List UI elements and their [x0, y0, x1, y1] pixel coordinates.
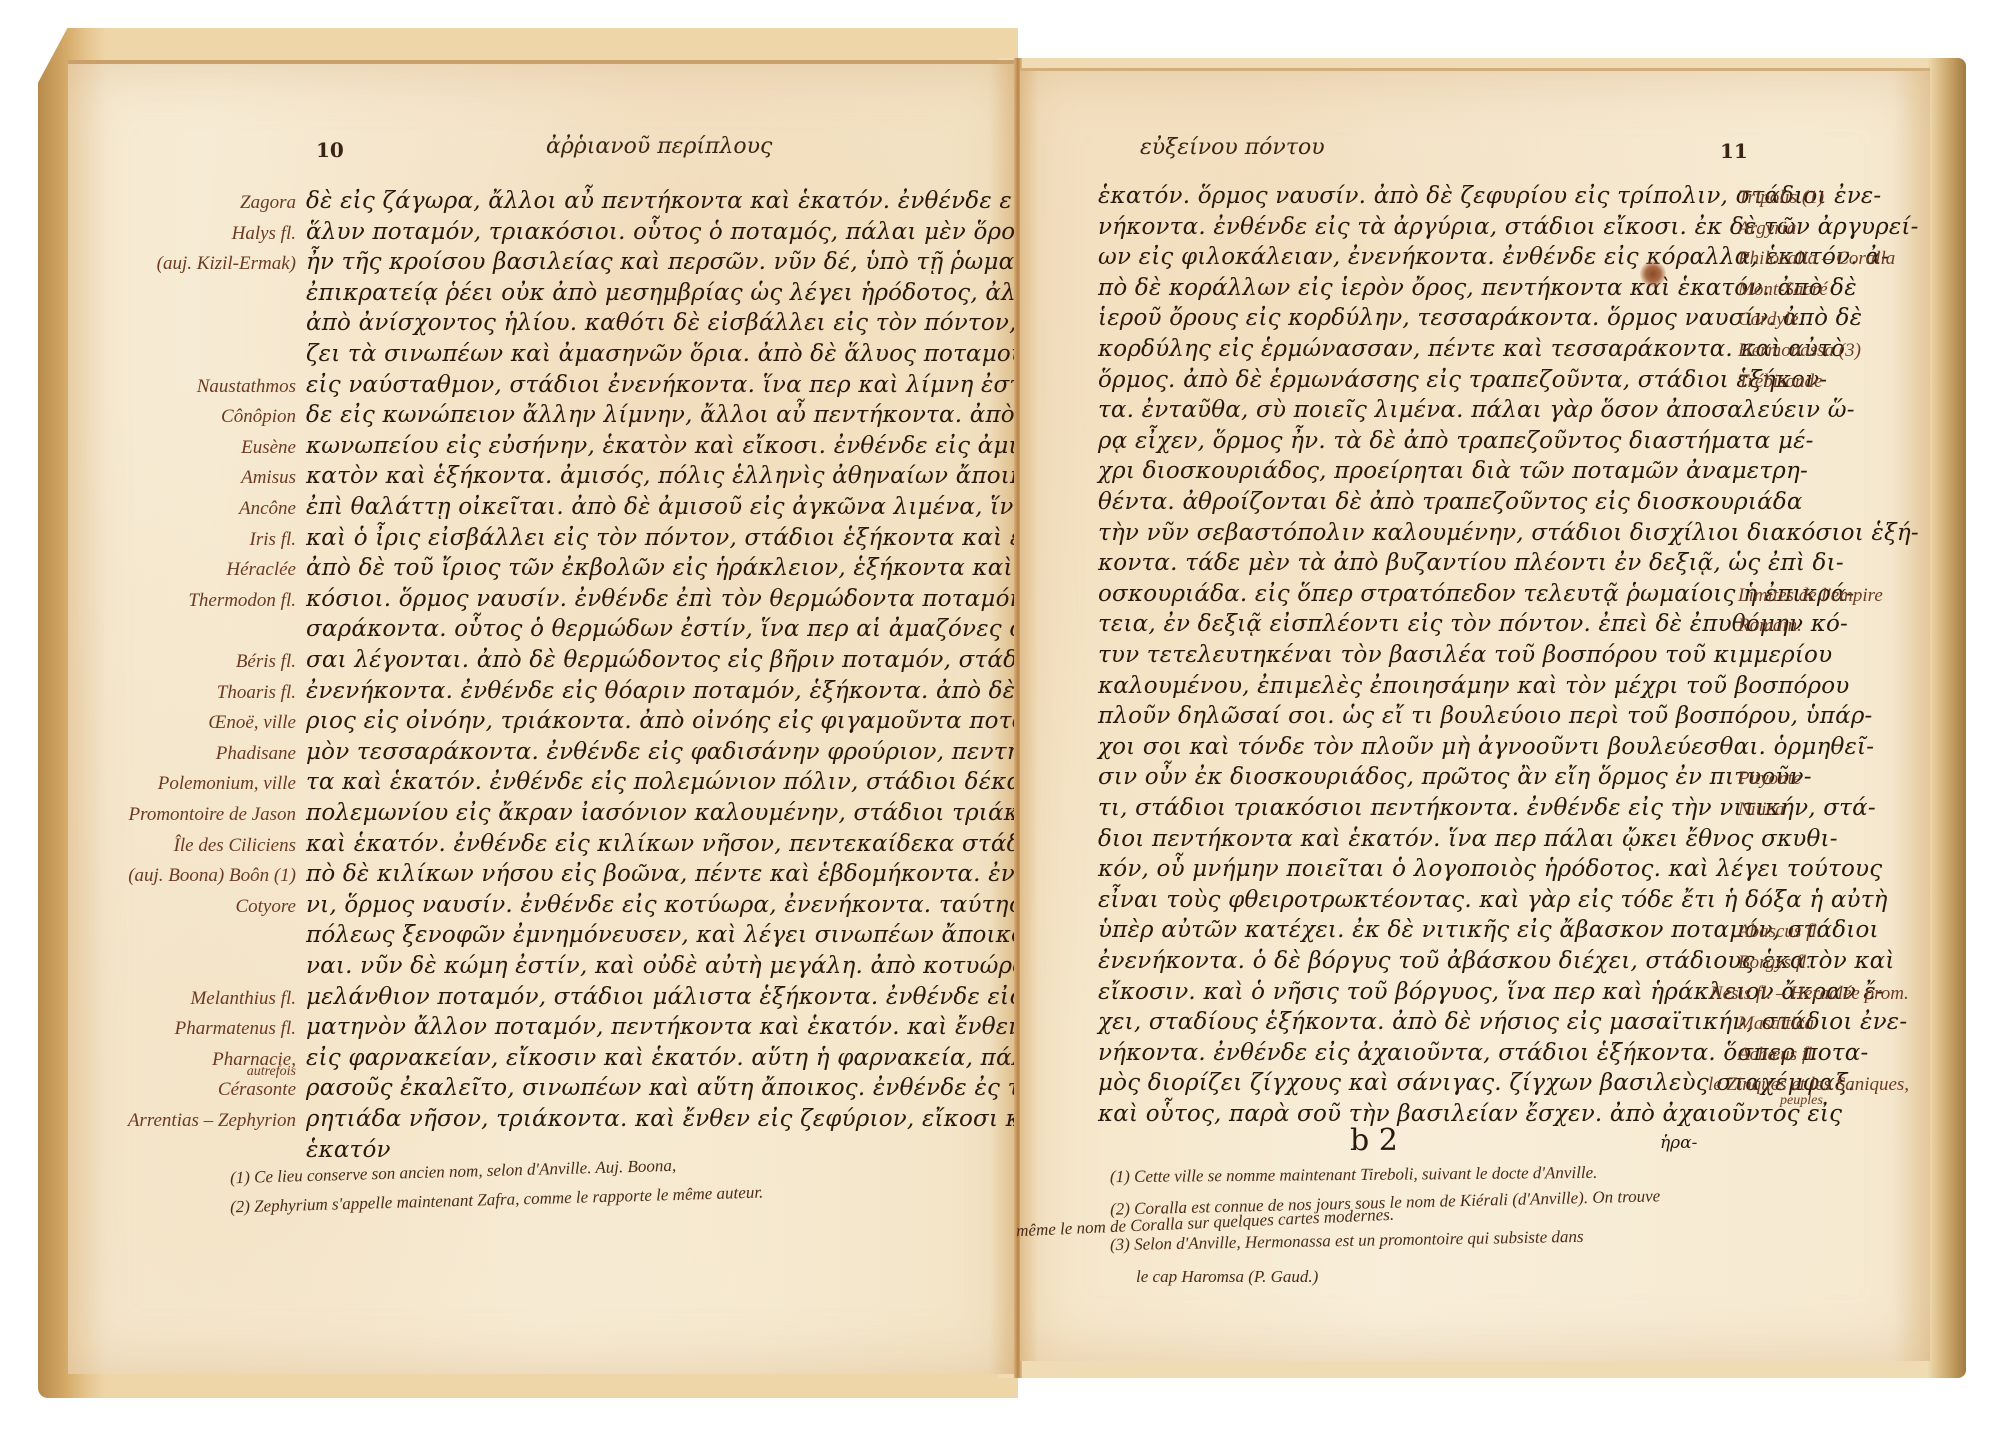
- text-line: σαι λέγονται. ἀπὸ δὲ θερμώδοντος εἰς βῆρ…: [306, 647, 1050, 673]
- text-line: καὶ ἑκατόν. ἐνθένδε εἰς κιλίκων νῆσον, π…: [306, 831, 1092, 857]
- open-manuscript-book: 10 ἀῤῥιανοῦ περίπλους δὲ εἰς ζάγωρα, ἄλλ…: [38, 28, 1966, 1388]
- text-line: κατὸν καὶ ἑξήκοντα. ἀμισός, πόλις ἑλληνὶ…: [306, 463, 1060, 489]
- text-line: ἀπὸ ἀνίσχοντος ἡλίου. καθότι δὲ εἰσβάλλε…: [306, 310, 1069, 336]
- text-line: δε εἰς κωνώπειον ἄλλην λίμνην, ἄλλοι αὖ …: [306, 402, 1049, 428]
- text-line: καλουμένου, ἐπιμελὲς ἐποιησάμην καὶ τὸν …: [1098, 673, 1850, 699]
- text-line: κόσιοι. ὅρμος ναυσίν. ἐνθένδε ἐπὶ τὸν θε…: [306, 586, 1088, 612]
- signature-mark: b 2: [1350, 1123, 1398, 1158]
- margin-note: Cônôpion: [221, 406, 296, 428]
- text-line: ριος εἰς οἰνόην, τριάκοντα. ἀπὸ οἰνόης ε…: [306, 708, 1035, 734]
- margin-note: Philocalia – Coralla: [1738, 248, 1895, 270]
- text-line: μὸν τεσσαράκοντα. ἐνθένδε εἰς φαδισάνην …: [306, 739, 1072, 765]
- text-line: πλοῦν δηλῶσαί σοι. ὡς εἴ τι βουλεύοιο πε…: [1098, 703, 1873, 729]
- left-page: 10 ἀῤῥιανοῦ περίπλους δὲ εἰς ζάγωρα, ἄλλ…: [68, 60, 1018, 1374]
- text-line: νι, ὅρμος ναυσίν. ἐνθένδε εἰς κοτύωρα, ἐ…: [306, 892, 1069, 918]
- margin-note: Trébisonde: [1738, 371, 1822, 393]
- margin-note: Abascus fl.: [1738, 921, 1821, 943]
- margin-note: Nitica: [1738, 799, 1784, 821]
- text-line: ὅρμος. ἀπὸ δὲ ἑρμωνάσσης εἰς τραπεζοῦντα…: [1098, 367, 1827, 393]
- text-line: ρᾳ εἶχεν, ὅρμος ἦν. τὰ δὲ ἀπὸ τραπεζοῦντ…: [1098, 428, 1814, 454]
- text-line: πὸ δὲ κιλίκων νήσου εἰς βοῶνα, πέντε καὶ…: [306, 861, 1077, 887]
- text-line: τυν τετελευτηκέναι τὸν βασιλέα τοῦ βοσπό…: [1098, 642, 1832, 668]
- margin-note: Achæus fl.: [1738, 1044, 1817, 1066]
- text-line: καὶ ὁ ἶρις εἰσβάλλει εἰς τὸν πόντον, στά…: [306, 525, 1102, 551]
- footnote: (1) Ce lieu conserve son ancien nom, sel…: [230, 1156, 677, 1188]
- margin-note: Pityonte: [1738, 768, 1801, 790]
- catchword: ἡρα-: [1660, 1133, 1697, 1153]
- text-line: ρασοῦς ἐκαλεῖτο, σινωπέων καὶ αὕτη ἄποικ…: [306, 1075, 1094, 1101]
- text-line: ἐπὶ θαλάττῃ οἰκεῖται. ἀπὸ δὲ ἀμισοῦ εἰς …: [306, 494, 1078, 520]
- text-line: εἰς ναύσταθμον, στάδιοι ἐνενήκοντα. ἵνα …: [306, 372, 1136, 398]
- margin-note: Argyria: [1738, 218, 1796, 240]
- text-line: τα. ἐνταῦθα, σὺ ποιεῖς λιμένα. πάλαι γὰρ…: [1098, 397, 1855, 423]
- margin-note: Mont-Sacré: [1738, 279, 1828, 301]
- margin-note: Iris fl.: [250, 529, 296, 551]
- text-line: ἐνενήκοντα. ἐνθένδε εἰς θόαριν ποταμόν, …: [306, 678, 1075, 704]
- text-line: εἶναι τοὺς φθειροτρωκτέοντας. καὶ γὰρ εἰ…: [1098, 887, 1888, 913]
- margin-note: autrefois: [247, 1064, 296, 1080]
- margin-note: Pharmatenus fl.: [175, 1018, 296, 1040]
- text-line: εἰς φαρνακείαν, εἴκοσιν καὶ ἑκατόν. αὕτη…: [306, 1045, 1095, 1071]
- text-line: ἦν τῆς κροίσου βασιλείας καὶ περσῶν. νῦν…: [306, 249, 1057, 275]
- text-line: κόν, οὗ μνήμην ποιεῖται ὁ λογοποιὸς ἡρόδ…: [1098, 856, 1882, 882]
- text-line: κοντα. τάδε μὲν τὰ ἀπὸ βυζαντίου πλέοντι…: [1098, 550, 1844, 576]
- text-line: χρι διοσκουριάδος, προείρηται διὰ τῶν πο…: [1098, 458, 1808, 484]
- margin-note: Cotyore: [235, 896, 296, 918]
- text-line: τα καὶ ἑκατόν. ἐνθένδε εἰς πολεμώνιον πό…: [306, 769, 1082, 795]
- margin-note: Limites de l'empire: [1738, 585, 1883, 607]
- margin-note: Héraclée: [226, 559, 296, 581]
- text-line: καὶ οὗτος, παρὰ σοῦ τὴν βασιλείαν ἔσχεν.…: [1098, 1101, 1842, 1127]
- footnote: le cap Haromsa (P. Gaud.): [1136, 1267, 1318, 1287]
- margin-note: Naustathmos: [197, 376, 296, 398]
- running-head: εὐξείνου πόντου: [1140, 135, 1325, 160]
- margin-note: peuples.: [1780, 1093, 1826, 1109]
- text-line: ἀπὸ δὲ τοῦ ἴριος τῶν ἐκβολῶν εἰς ἡράκλει…: [306, 555, 1080, 581]
- text-line: μελάνθιον ποταμόν, στάδιοι μάλιστα ἑξήκο…: [306, 984, 1084, 1010]
- text-line: ἐπικρατείᾳ ῥέει οὐκ ἀπὸ μεσημβρίας ὡς λέ…: [306, 280, 1046, 306]
- text-line: ἑκατόν: [306, 1137, 391, 1163]
- text-line: ἅλυν ποταμόν, τριακόσιοι. οὗτος ὁ ποταμό…: [306, 219, 1028, 245]
- margin-note: Hermonassa (3): [1738, 340, 1861, 362]
- text-line: δὲ εἰς ζάγωρα, ἄλλοι αὖ πεντήκοντα καὶ ἑ…: [306, 188, 1083, 214]
- margin-note: Promontoire de Jason: [129, 804, 296, 826]
- ink-stain: [1640, 261, 1666, 287]
- text-line: κορδύλης εἰς ἑρμώνασσαν, πέντε καὶ τεσσα…: [1098, 336, 1845, 362]
- margin-note: Cérasonte: [218, 1079, 296, 1101]
- margin-note: Ancône: [239, 498, 296, 520]
- margin-note: Polemonium, ville: [158, 773, 296, 795]
- margin-note: Cordyle: [1738, 309, 1799, 331]
- margin-note: (auj. Boona) Boôn (1): [128, 865, 296, 887]
- text-line: σιν οὖν ἐκ διοσκουριάδος, πρῶτος ἂν εἴη …: [1098, 764, 1812, 790]
- page-number: 10: [316, 138, 344, 162]
- text-line: κωνωπείου εἰς εὐσήνην, ἑκατὸν καὶ εἴκοσι…: [306, 433, 1097, 459]
- margin-note: Halys fl.: [232, 223, 296, 245]
- margin-note: Île des Ciliciens: [174, 835, 296, 857]
- margin-note: Eusène: [241, 437, 296, 459]
- margin-note: Béris fl.: [236, 651, 296, 673]
- right-page: εὐξείνου πόντου 11 ἑκατόν. ὅρμος ναυσίν.…: [1020, 68, 1930, 1361]
- text-line: ζει τὰ σινωπέων καὶ ἀμασηνῶν ὅρια. ἀπὸ δ…: [306, 341, 1025, 367]
- margin-note: (auj. Kizil-Ermak): [157, 253, 296, 275]
- text-line: χοι σοι καὶ τόνδε τὸν πλοῦν μὴ ἀγνοοῦντι…: [1098, 734, 1874, 760]
- margin-note: Amisus: [241, 467, 296, 489]
- margin-note: Borgys fl.: [1738, 952, 1811, 974]
- margin-note: Masaïtica: [1738, 1013, 1814, 1035]
- margin-note: Romain.: [1738, 615, 1802, 637]
- margin-note: Melanthius fl.: [190, 988, 296, 1010]
- footnote: (1) Cette ville se nomme maintenant Tire…: [1110, 1163, 1598, 1187]
- margin-note: Nesis fl. – Heraclée prom.: [1710, 983, 1909, 1005]
- text-line: πολεμωνίου εἰς ἄκραν ἰασόνιον καλουμένην…: [306, 800, 1076, 826]
- margin-note: Arrentias – Zephyrion: [128, 1110, 296, 1132]
- margin-note: Thermodon fl.: [188, 590, 296, 612]
- text-line: σαράκοντα. οὗτος ὁ θερμώδων ἐστίν, ἵνα π…: [306, 616, 1070, 642]
- text-line: θέντα. ἀθροίζονται δὲ ἀπὸ τραπεζοῦντος ε…: [1098, 489, 1803, 515]
- running-head: ἀῤῥιανοῦ περίπλους: [546, 134, 772, 159]
- text-line: διοι πεντήκοντα καὶ ἑκατόν. ἵνα περ πάλα…: [1098, 826, 1838, 852]
- page-number: 11: [1720, 139, 1748, 163]
- text-line: ρητιάδα νῆσον, τριάκοντα. καὶ ἔνθεν εἰς …: [306, 1106, 1046, 1132]
- margin-note: Tripolis (1): [1738, 187, 1824, 209]
- text-line: πόλεως ξενοφῶν ἐμνημόνευσεν, καὶ λέγει σ…: [306, 922, 1077, 948]
- text-line: τεια, ἐν δεξιᾷ εἰσπλέοντι εἰς τὸν πόντον…: [1098, 611, 1848, 637]
- margin-note: Phadisane: [216, 743, 296, 765]
- text-line: ναι. νῦν δὲ κώμη ἐστίν, καὶ οὐδὲ αὐτὴ με…: [306, 953, 1088, 979]
- margin-note: Zagora: [240, 192, 296, 214]
- footnote: (2) Zephyrium s'appelle maintenant Zafra…: [230, 1183, 764, 1218]
- text-line: ματηνὸν ἄλλον ποταμόν, πεντήκοντα καὶ ἑκ…: [306, 1014, 1023, 1040]
- margin-note: Œnoë, ville: [208, 712, 296, 734]
- text-line: τὴν νῦν σεβαστόπολιν καλουμένην, στάδιοι…: [1098, 520, 1919, 546]
- margin-note: Thoaris fl.: [217, 682, 296, 704]
